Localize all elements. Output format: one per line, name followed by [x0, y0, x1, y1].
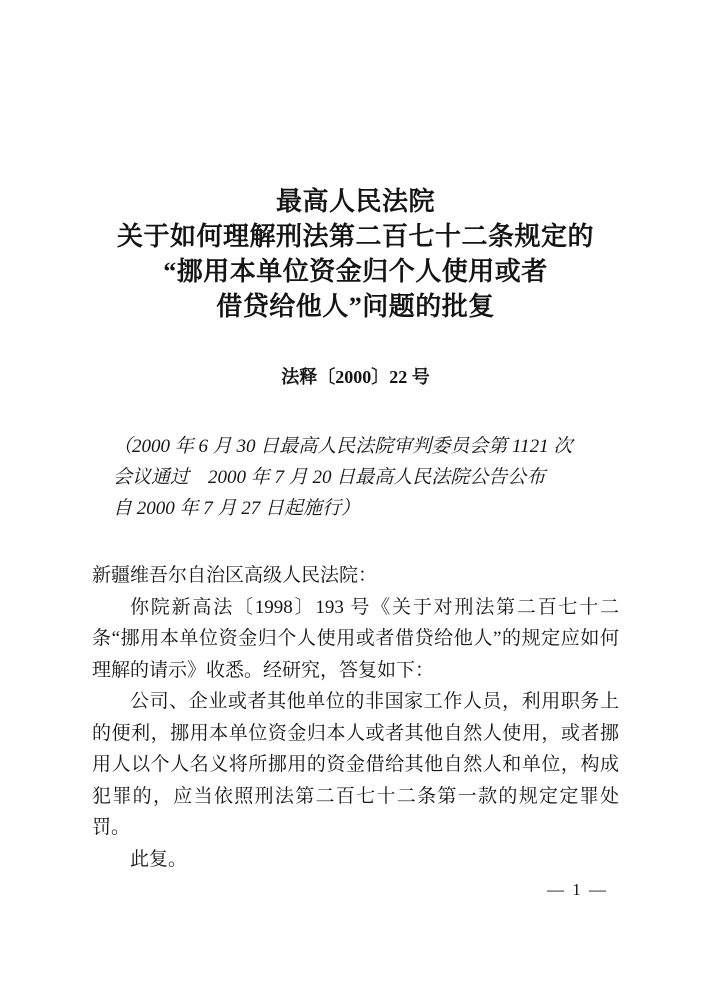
body-paragraph-1: 你院新高法〔1998〕193 号《关于对刑法第二百七十二条“挪用本单位资金归个人… — [92, 592, 619, 687]
title-line-4: 借贷给他人”问题的批复 — [92, 289, 619, 324]
document-page: 最高人民法院 关于如何理解刑法第二百七十二条规定的 “挪用本单位资金归个人使用或… — [0, 0, 707, 999]
doc-number: 法释〔2000〕22 号 — [92, 365, 619, 389]
preamble-line-1: （2000 年 6 月 30 日最高人民法院审判委员会第 1121 次 — [113, 431, 615, 462]
document-body: 新疆维吾尔自治区高级人民法院： 你院新高法〔1998〕193 号《关于对刑法第二… — [92, 560, 619, 875]
preamble-line-2: 会议通过 2000 年 7 月 20 日最高人民法院公告公布 — [113, 462, 615, 493]
title-line-3: “挪用本单位资金归个人使用或者 — [92, 254, 619, 289]
body-paragraph-2: 公司、企业或者其他单位的非国家工作人员，利用职务上的便利，挪用本单位资金归本人或… — [92, 686, 619, 844]
page-number: — 1 — — [547, 880, 608, 900]
title-line-2: 关于如何理解刑法第二百七十二条规定的 — [92, 219, 619, 254]
preamble-line-3: 自 2000 年 7 月 27 日起施行） — [113, 493, 615, 524]
adoption-preamble: （2000 年 6 月 30 日最高人民法院审判委员会第 1121 次 会议通过… — [92, 431, 619, 524]
title-line-1: 最高人民法院 — [92, 184, 619, 219]
closing-line: 此复。 — [92, 844, 619, 876]
document-content: 最高人民法院 关于如何理解刑法第二百七十二条规定的 “挪用本单位资金归个人使用或… — [92, 0, 619, 875]
document-title: 最高人民法院 关于如何理解刑法第二百七十二条规定的 “挪用本单位资金归个人使用或… — [92, 0, 619, 324]
salutation: 新疆维吾尔自治区高级人民法院： — [92, 560, 619, 592]
